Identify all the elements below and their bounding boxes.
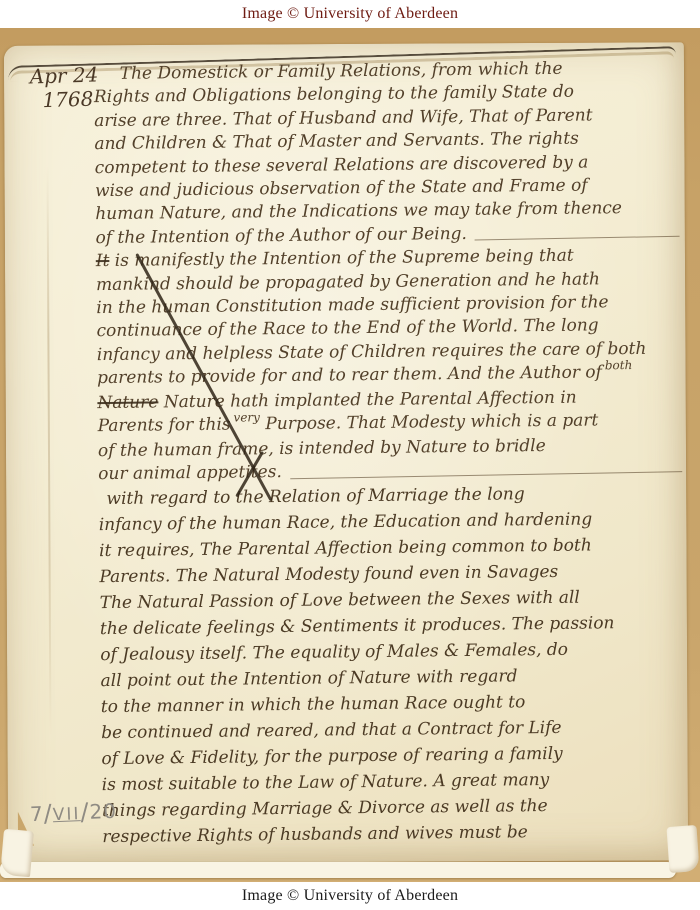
copyright-text-top: Image © University of Aberdeen: [242, 5, 458, 23]
date-line-1: Apr 24: [29, 62, 98, 88]
paragraph-end-rule: [290, 471, 682, 479]
paragraph: with regard to the Relation of Marriage …: [98, 480, 688, 851]
under-page-corner-left: [0, 829, 34, 877]
inserted-word: very: [233, 406, 260, 430]
copyright-banner-bottom: Image © University of Aberdeen: [0, 882, 700, 910]
struck-word: It: [96, 250, 110, 274]
underlying-page-edge: [0, 862, 676, 878]
struck-word: Nature: [97, 391, 158, 415]
manuscript-text: The Domestick or Family Relations, from …: [94, 56, 689, 850]
archival-ref-slash2: /: [80, 798, 90, 826]
manuscript-line: respective Rights of husbands and wives …: [102, 818, 688, 851]
archival-ref-part3: 20: [89, 799, 117, 824]
archival-reference: 7/VII/20: [29, 796, 117, 827]
paper-crease: [46, 166, 51, 736]
date-line-2: 1768: [42, 86, 99, 112]
manuscript-page: Apr 24 1768 The Domestick or Family Rela…: [4, 42, 688, 864]
text-segment: Purpose. That Modesty which is a part: [260, 410, 599, 437]
archival-ref-slash1: /: [43, 799, 53, 827]
under-page-corner-right: [666, 825, 699, 873]
date-annotation: Apr 24 1768: [29, 62, 99, 112]
copyright-banner-top: Image © University of Aberdeen: [0, 0, 700, 28]
copyright-text-bottom: Image © University of Aberdeen: [242, 887, 458, 905]
paragraph-end-rule: [475, 236, 680, 241]
paragraph: It is manifestly the Intention of the Su…: [96, 244, 685, 487]
inserted-word: both: [605, 354, 633, 378]
text-segment: Parents for this: [98, 414, 231, 439]
archival-ref-part2: VII: [52, 804, 80, 825]
paragraph: The Domestick or Family Relations, from …: [94, 56, 682, 250]
text-segment: respective Rights of husbands and wives …: [102, 820, 528, 851]
scan-mount-background: Apr 24 1768 The Domestick or Family Rela…: [0, 28, 700, 882]
